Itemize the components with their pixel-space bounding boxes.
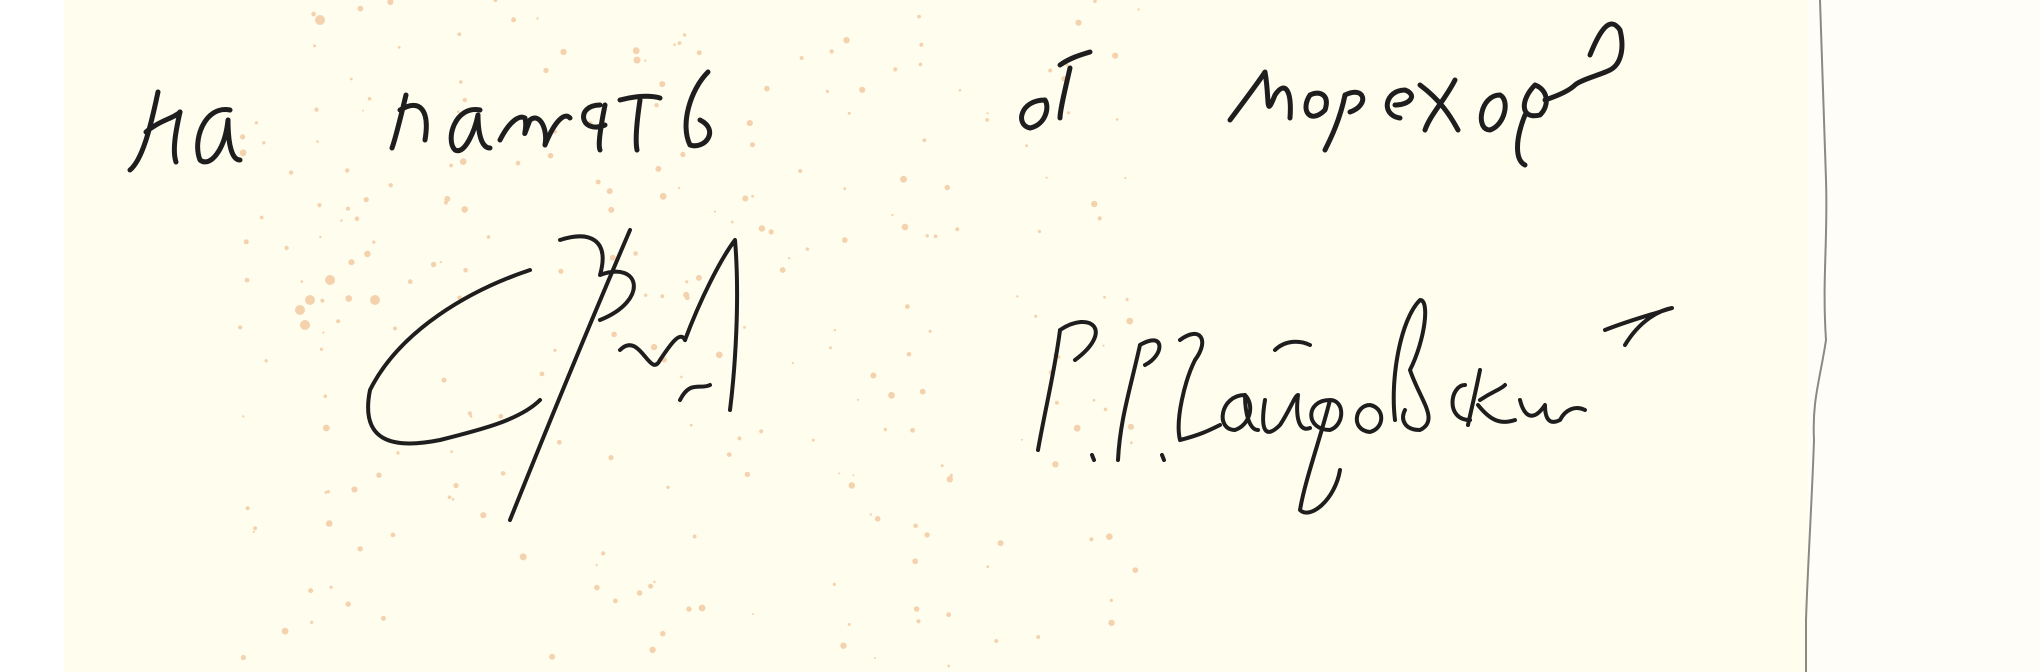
signature-name	[1038, 300, 1672, 513]
handwriting	[0, 0, 2040, 672]
word-morehodov	[1230, 24, 1622, 165]
word-na	[130, 92, 240, 170]
word-pamyat	[392, 72, 710, 151]
word-ot	[1022, 52, 1090, 128]
signature-monogram	[368, 230, 737, 520]
